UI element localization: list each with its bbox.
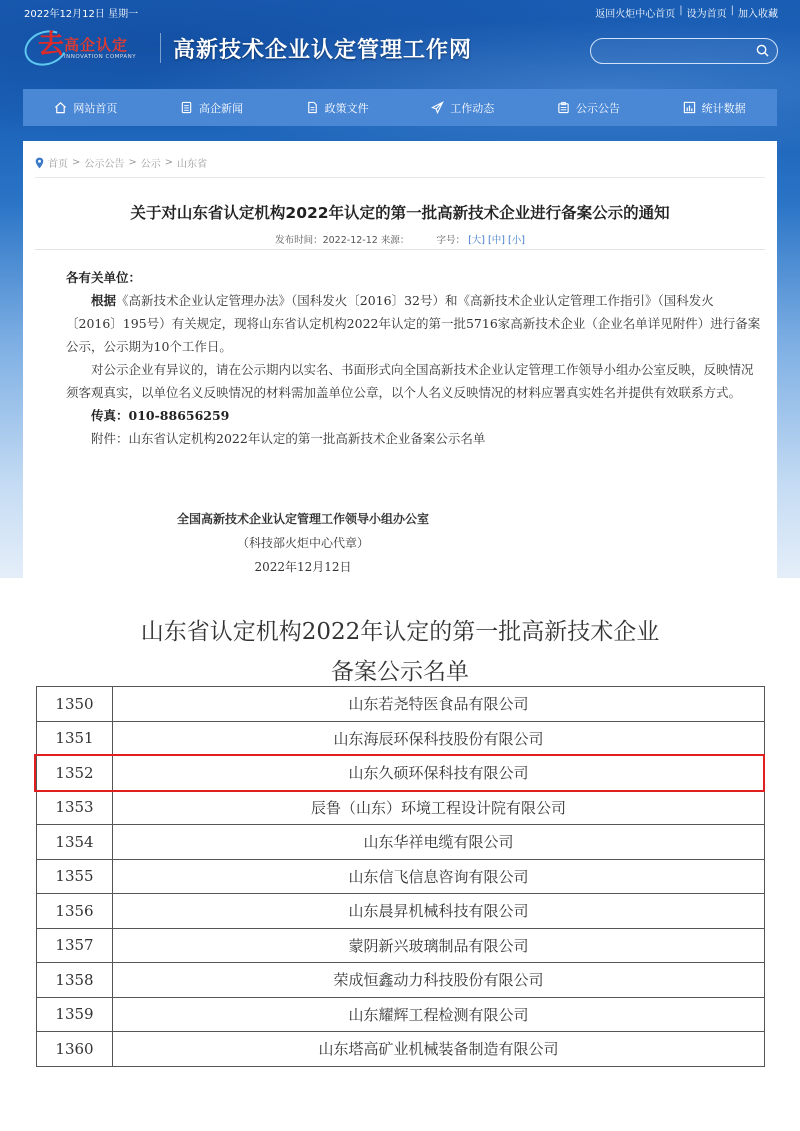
breadcrumb-separator: > [165,157,173,168]
company-list-table: 1350山东若尧特医食品有限公司 1351山东海辰环保科技股份有限公司 1352… [36,686,765,1067]
row-number: 1360 [37,1032,113,1067]
table-row: 1358荣成恒鑫动力科技股份有限公司 [37,963,765,998]
font-size-medium[interactable]: [中] [488,235,505,246]
nav-item-announcements[interactable]: 公示公告 [557,100,620,116]
font-size-label: 字号： [437,235,466,246]
site-title: 高新技术企业认定管理工作网 [173,33,472,64]
row-number: 1357 [37,928,113,963]
signature-block: 全国高新技术企业认定管理工作领导小组办公室 （科技部火炬中心代章） 2022年1… [23,507,583,579]
attachment-link[interactable]: 山东省认定机构2022年认定的第一批高新技术企业备案公示名单 [129,431,486,446]
search-box [590,38,778,64]
document-icon [180,101,193,114]
site-brand: 去 高企认定 INNOVATION COMPANY 高新技术企业认定管理工作网 [24,28,472,68]
logo-text-cn: 高企认定 [64,34,128,55]
para1-lead: 根据 [91,293,116,308]
fax-label: 传真： [91,408,129,423]
breadcrumb-shandong[interactable]: 山东省 [177,155,207,170]
fax-number: 010-88656259 [129,408,230,423]
paragraph-1: 《高新技术企业认定管理办法》（国科发火〔2016〕32号）和《高新技术企业认定管… [66,293,760,354]
salutation: 各有关单位： [66,270,141,285]
table-row: 1354山东华祥电缆有限公司 [37,825,765,860]
breadcrumb-home[interactable]: 首页 [48,155,68,170]
nav-item-statistics[interactable]: 统计数据 [683,100,746,116]
row-number: 1359 [37,997,113,1032]
logo-glyph-icon: 去 [38,32,64,58]
article-panel: 首页 > 公示公告 > 公示 > 山东省 关于对山东省认定机构2022年认定的第… [23,141,777,578]
breadcrumb: 首页 > 公示公告 > 公示 > 山东省 [35,155,207,170]
table-row: 1359山东耀辉工程检测有限公司 [37,997,765,1032]
row-number: 1352 [37,756,113,791]
breadcrumb-announcements[interactable]: 公示公告 [84,155,124,170]
doc-title-line-1: 山东省认定机构2022年认定的第一批高新技术企业 [0,612,800,652]
company-name: 山东晨昇机械科技有限公司 [113,894,765,929]
link-set-homepage[interactable]: 设为首页 [687,5,727,20]
breadcrumb-separator: > [128,157,136,168]
article-meta: 发布时间：2022-12-12 来源： 字号： [大] [中] [小] [23,232,777,246]
row-number: 1355 [37,859,113,894]
chart-icon [683,101,696,114]
table-row: 1350山东若尧特医食品有限公司 [37,687,765,722]
company-name: 荣成恒鑫动力科技股份有限公司 [113,963,765,998]
nav-item-home[interactable]: 网站首页 [54,100,117,116]
row-number: 1358 [37,963,113,998]
site-logo[interactable]: 去 高企认定 INNOVATION COMPANY [24,28,144,68]
font-size-small[interactable]: [小] [508,235,525,246]
row-number: 1351 [37,721,113,756]
separator: | [679,5,682,20]
table-row: 1351山东海辰环保科技股份有限公司 [37,721,765,756]
breadcrumb-public-notice[interactable]: 公示 [141,155,161,170]
nav-label: 工作动态 [450,100,494,116]
website-screenshot: 2022年12月12日 星期一 返回火炬中心首页 | 设为首页 | 加入收藏 去… [0,0,800,578]
list-document-title: 山东省认定机构2022年认定的第一批高新技术企业 备案公示名单 [0,612,800,692]
nav-label: 统计数据 [702,100,746,116]
home-icon [54,101,67,114]
table-row: 1360山东塔高矿业机械装备制造有限公司 [37,1032,765,1067]
company-name: 山东海辰环保科技股份有限公司 [113,721,765,756]
file-icon [306,101,319,114]
paper-plane-icon [431,101,444,114]
nav-item-work-updates[interactable]: 工作动态 [431,100,494,116]
row-number: 1354 [37,825,113,860]
font-size-large[interactable]: [大] [468,235,485,246]
table-row: 1356山东晨昇机械科技有限公司 [37,894,765,929]
nav-label: 网站首页 [73,100,117,116]
link-add-favorite[interactable]: 加入收藏 [738,5,778,20]
publish-date: 2022-12-12 [323,235,378,246]
signature-date: 2022年12月12日 [23,555,583,579]
nav-label: 政策文件 [325,100,369,116]
nav-label: 高企新闻 [199,100,243,116]
company-name: 山东信飞信息咨询有限公司 [113,859,765,894]
top-bar: 2022年12月12日 星期一 返回火炬中心首页 | 设为首页 | 加入收藏 [0,0,800,22]
current-date: 2022年12月12日 星期一 [24,5,138,20]
breadcrumb-separator: > [72,157,80,168]
source-label: 来源： [381,235,410,246]
search-icon[interactable] [756,44,769,57]
row-number: 1353 [37,790,113,825]
paragraph-2: 对公示企业有异议的，请在公示期内以实名、书面形式向全国高新技术企业认定管理工作领… [66,358,761,404]
search-input[interactable] [601,42,751,60]
attachment-label: 附件： [91,431,129,446]
company-name: 蒙阴新兴玻璃制品有限公司 [113,928,765,963]
table-row-highlighted: 1352山东久硕环保科技有限公司 [37,756,765,791]
brand-divider [160,33,161,63]
table-row: 1357蒙阴新兴玻璃制品有限公司 [37,928,765,963]
signature-org: 全国高新技术企业认定管理工作领导小组办公室 [23,507,583,531]
company-name: 辰鲁（山东）环境工程设计院有限公司 [113,790,765,825]
divider [35,177,765,178]
company-name: 山东塔高矿业机械装备制造有限公司 [113,1032,765,1067]
table-row: 1353辰鲁（山东）环境工程设计院有限公司 [37,790,765,825]
clipboard-icon [557,101,570,114]
main-nav: 网站首页 高企新闻 政策文件 工作动态 公示公告 统计数据 [23,89,777,126]
nav-item-news[interactable]: 高企新闻 [180,100,243,116]
divider [35,249,765,250]
publish-label: 发布时间： [275,235,323,246]
separator: | [731,5,734,20]
signature-sub: （科技部火炬中心代章） [23,531,583,555]
company-name: 山东华祥电缆有限公司 [113,825,765,860]
nav-item-policy[interactable]: 政策文件 [306,100,369,116]
company-name: 山东耀辉工程检测有限公司 [113,997,765,1032]
company-name: 山东若尧特医食品有限公司 [113,687,765,722]
logo-text-en: INNOVATION COMPANY [64,54,136,60]
location-pin-icon [35,157,44,169]
row-number: 1356 [37,894,113,929]
row-number: 1350 [37,687,113,722]
article-body: 各有关单位： 根据《高新技术企业认定管理办法》（国科发火〔2016〕32号）和《… [66,266,761,450]
table-row: 1355山东信飞信息咨询有限公司 [37,859,765,894]
top-links: 返回火炬中心首页 | 设为首页 | 加入收藏 [595,5,778,20]
nav-label: 公示公告 [576,100,620,116]
article-title: 关于对山东省认定机构2022年认定的第一批高新技术企业进行备案公示的通知 [23,201,777,223]
company-name: 山东久硕环保科技有限公司 [113,756,765,791]
link-torch-center-home[interactable]: 返回火炬中心首页 [595,5,675,20]
